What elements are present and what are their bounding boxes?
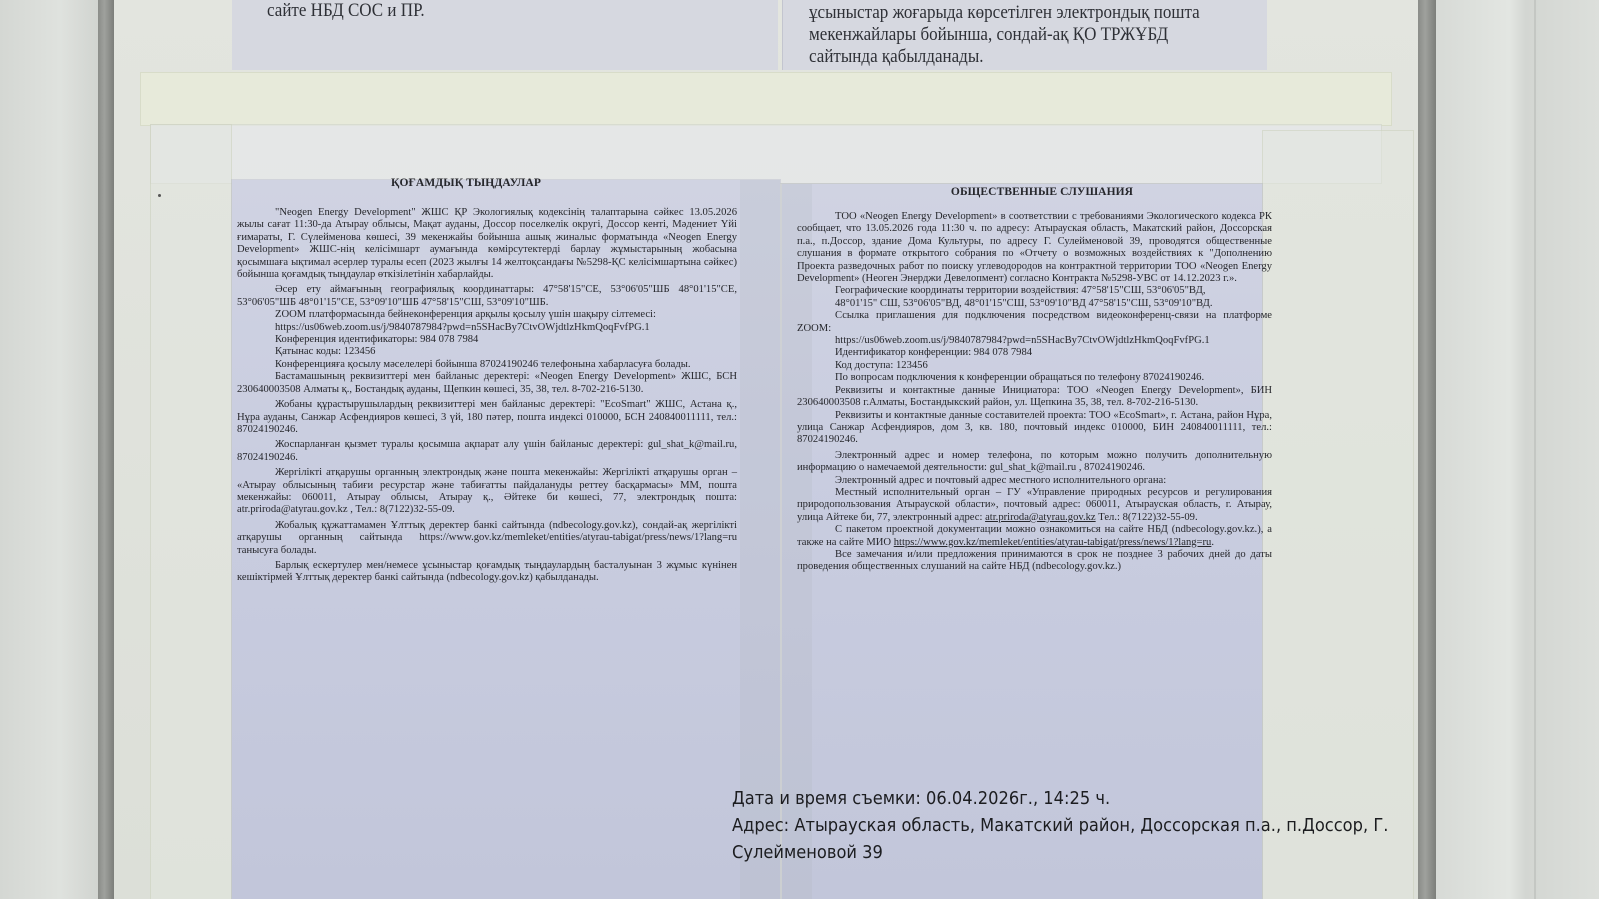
kz-zoom-label: ZOOM платформасында бейнеконференция арқ…	[237, 309, 737, 321]
ru-authority-email-link[interactable]: atr.priroda@atyrau.gov.kz	[985, 512, 1096, 523]
tape-strip-right	[1262, 130, 1414, 899]
notice-russian-body: ТОО «Neogen Energy Development» в соотве…	[797, 211, 1272, 574]
photo-address-line-2: Сулейменовой 39	[732, 840, 1388, 867]
kz-conference-id: Конференция идентификаторы: 984 078 7984	[237, 334, 737, 346]
frame-bar-right	[1418, 0, 1436, 899]
kz-initiator-paragraph: Бастамашының реквизиттері мен байланыс д…	[237, 371, 737, 396]
kz-comments-paragraph: Барлық ескертулер мен/немесе ұсыныстар қ…	[237, 560, 737, 585]
ru-comments-paragraph: Все замечания и/или предложения принимаю…	[797, 549, 1272, 574]
top-notice-left: сайте НБД СОС и ПР.	[232, 0, 778, 70]
photo-datetime: Дата и время съемки: 06.04.2026г., 14:25…	[732, 786, 1388, 813]
ru-conference-id: Идентификатор конференции: 984 078 7984	[797, 347, 1272, 359]
kz-local-authority-paragraph: Жергілікті атқарушы органның электрондық…	[237, 467, 737, 517]
kz-developer-paragraph: Жобаны құрастырушылардың реквизиттері ме…	[237, 399, 737, 436]
ru-access-code: Код доступа: 123456	[797, 360, 1272, 372]
notice-kazakh-title: ҚОҒАМДЫҚ ТЫҢДАУЛАР	[152, 177, 780, 189]
wall-right	[1436, 0, 1599, 899]
ru-contact-paragraph: Электронный адрес и номер телефона, по к…	[797, 450, 1272, 475]
frame-bar-left	[98, 0, 114, 899]
kz-coordinates-paragraph: Әсер ету аймағының географиялық координа…	[237, 284, 737, 309]
tape-strip-left	[150, 124, 232, 899]
kz-intro-paragraph: "Neogen Energy Development" ЖШС ҚР Эколо…	[237, 207, 737, 281]
ru-coordinates-line-1: Географические координаты территории воз…	[797, 285, 1272, 297]
notice-russian-title: ОБЩЕСТВЕННЫЕ СЛУШАНИЯ	[822, 186, 1262, 198]
photo-overlay: Дата и время съемки: 06.04.2026г., 14:25…	[732, 786, 1388, 867]
ru-coordinates-line-2: 48°01'15" СШ, 53°06'05"ВД, 48°01'15"СШ, …	[797, 298, 1272, 310]
notice-kazakh-body: "Neogen Energy Development" ЖШС ҚР Эколо…	[237, 207, 737, 585]
tape-strip-top	[140, 72, 1392, 126]
ru-support-phone: По вопросам подключения к конференции об…	[797, 372, 1272, 384]
tape-strip-second	[150, 124, 1382, 184]
kz-zoom-link: https://us06web.zoom.us/j/9840787984?pwd…	[237, 322, 737, 334]
ru-initiator-paragraph: Реквизиты и контактные данные Инициатора…	[797, 385, 1272, 410]
kz-documents-paragraph: Жобалық құжаттамамен Ұлттық деректер бан…	[237, 520, 737, 557]
top-notice-right-text: ұсыныстар жоғарыда көрсетілген электронд…	[809, 2, 1200, 68]
kz-support-phone: Конференцияға қосылу мәселелері бойынша …	[237, 359, 737, 371]
notice-kazakh: ҚОҒАМДЫҚ ТЫҢДАУЛАР "Neogen Energy Develo…	[232, 180, 780, 899]
top-notice-left-text: сайте НБД СОС и ПР.	[267, 0, 425, 22]
photo-address-line-1: Адрес: Атырауская область, Макатский рай…	[732, 813, 1388, 840]
kz-access-code: Қатынас коды: 123456	[237, 346, 737, 358]
wall-left	[0, 0, 100, 899]
ru-local-authority-paragraph: Местный исполнительный орган – ГУ «Управ…	[797, 487, 1272, 524]
ru-zoom-intro: Ссылка приглашения для подключения посре…	[797, 310, 1272, 335]
ru-developer-paragraph: Реквизиты и контактные данные составител…	[797, 410, 1272, 447]
ru-zoom-link: https://us06web.zoom.us/j/9840787984?pwd…	[797, 335, 1272, 347]
ru-documents-paragraph: С пакетом проектной документации можно о…	[797, 524, 1272, 549]
ru-intro-paragraph: ТОО «Neogen Energy Development» в соотве…	[797, 211, 1272, 285]
kz-contact-paragraph: Жоспарланған қызмет туралы қосымша ақпар…	[237, 439, 737, 464]
ru-local-authority-heading: Электронный адрес и почтовый адрес местн…	[797, 475, 1272, 487]
top-notice-right: ұсыныстар жоғарыда көрсетілген электронд…	[782, 0, 1267, 70]
pin-mark	[158, 194, 161, 197]
ru-authority-site-link[interactable]: https://www.gov.kz/memleket/entities/aty…	[894, 537, 1212, 548]
